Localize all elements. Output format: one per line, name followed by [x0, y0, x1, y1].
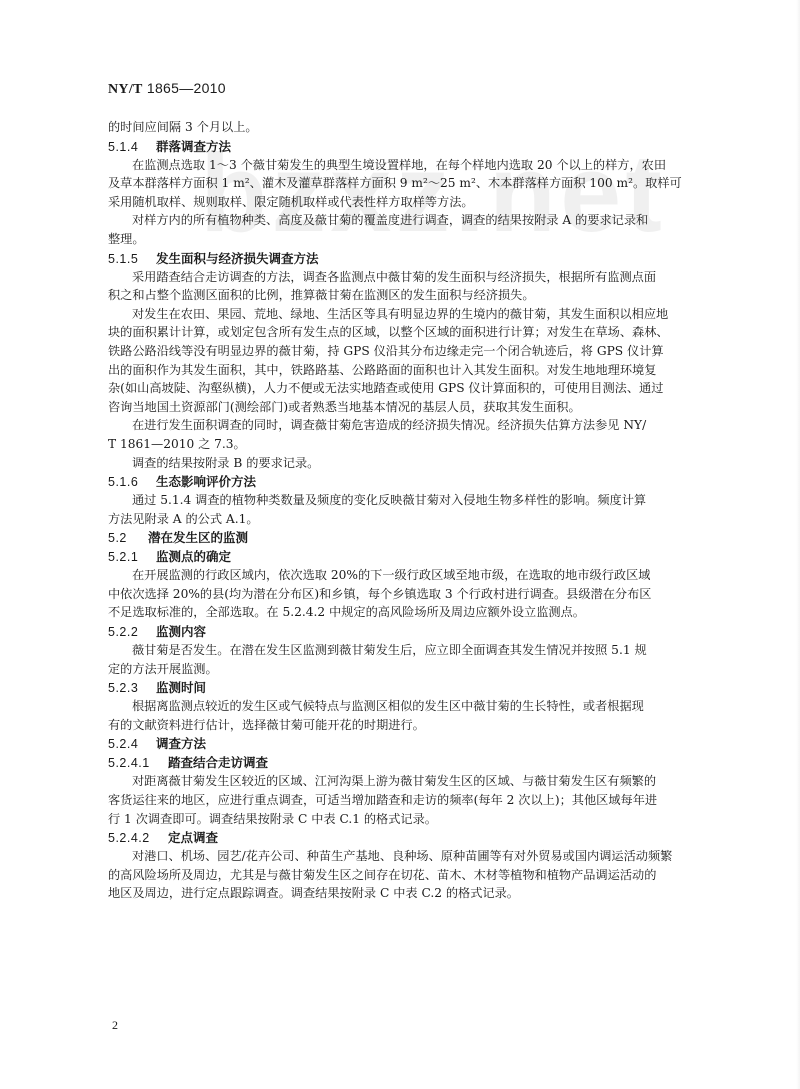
section-heading: 5.2.4.2定点调查	[108, 828, 738, 847]
section-number: 5.2.4.1	[108, 754, 168, 773]
text-line: 在监测点选取 1～3 个薇甘菊发生的典型生境设置样地，在每个样地内选取 20 个…	[108, 156, 738, 175]
text-line: 块的面积累计计算，或划定包含所有发生点的区域，以整个区域的面积进行计算；对发生在…	[108, 323, 738, 342]
section-number: 5.1.4	[108, 138, 156, 157]
paragraph: 的时间应间隔 3 个月以上。	[108, 118, 738, 137]
text-line: 采用随机取样、规则取样、限定随机取样或代表性样方取样等方法。	[108, 193, 738, 212]
text-line: 对距离薇甘菊发生区较近的区域、江河沟渠上游为薇甘菊发生区的区域、与薇甘菊发生区有…	[108, 772, 738, 791]
section-number: 5.2.2	[108, 623, 156, 642]
document-body: 的时间应间隔 3 个月以上。5.1.4群落调查方法在监测点选取 1～3 个薇甘菊…	[108, 118, 738, 903]
section-heading: 5.1.4群落调查方法	[108, 137, 738, 156]
text-line: 对港口、机场、园艺/花卉公司、种苗生产基地、良种场、原种苗圃等有对外贸易或国内调…	[108, 847, 738, 866]
text-line: 的高风险场所及周边，尤其是与薇甘菊发生区之间存在切花、苗木、木材等植物和植物产品…	[108, 866, 738, 885]
section-number: 5.2	[108, 529, 148, 548]
text-line: 对样方内的所有植物种类、高度及薇甘菊的覆盖度进行调查，调查的结果按附录 A 的要…	[108, 211, 738, 230]
section-number: 5.2.3	[108, 679, 156, 698]
paragraph: 对港口、机场、园艺/花卉公司、种苗生产基地、良种场、原种苗圃等有对外贸易或国内调…	[108, 847, 738, 903]
text-line: 通过 5.1.4 调查的植物种类数量及频度的变化反映薇甘菊对入侵地生物多样性的影…	[108, 491, 738, 510]
paragraph: 对距离薇甘菊发生区较近的区域、江河沟渠上游为薇甘菊发生区的区域、与薇甘菊发生区有…	[108, 772, 738, 828]
section-heading: 5.2潜在发生区的监测	[108, 528, 738, 547]
paragraph: 通过 5.1.4 调查的植物种类数量及频度的变化反映薇甘菊对入侵地生物多样性的影…	[108, 491, 738, 528]
section-number: 5.1.5	[108, 250, 156, 269]
text-line: 客货运往来的地区，应进行重点调查，可适当增加踏查和走访的频率(每年 2 次以上)…	[108, 791, 738, 810]
text-line: 的时间应间隔 3 个月以上。	[108, 118, 738, 137]
section-title: 群落调查方法	[156, 139, 231, 154]
section-heading: 5.2.2监测内容	[108, 622, 738, 641]
paragraph: 在进行发生面积调查的同时，调查薇甘菊危害造成的经济损失情况。经济损失估算方法参见…	[108, 416, 738, 453]
text-line: 定的方法开展监测。	[108, 660, 738, 679]
section-title: 生态影响评价方法	[156, 474, 256, 489]
section-number: 5.2.4	[108, 735, 156, 754]
section-title: 监测内容	[156, 624, 206, 639]
section-heading: 5.2.1监测点的确定	[108, 547, 738, 566]
section-number: 5.2.4.2	[108, 829, 168, 848]
section-title: 监测时间	[156, 680, 206, 695]
text-line: 方法见附录 A 的公式 A.1。	[108, 510, 738, 529]
text-line: T 1861—2010 之 7.3。	[108, 435, 738, 454]
paragraph: 调查的结果按附录 B 的要求记录。	[108, 454, 738, 473]
scan-edge-shadow	[796, 0, 800, 1089]
section-number: 5.1.6	[108, 473, 156, 492]
section-heading: 5.2.4.1踏查结合走访调查	[108, 753, 738, 772]
text-line: 铁路公路沿线等没有明显边界的薇甘菊，持 GPS 仪沿其分布边缘走完一个闭合轨迹后…	[108, 342, 738, 361]
standard-code-header: NY/T 1865—2010	[108, 80, 226, 98]
text-line: 对发生在农田、果园、荒地、绿地、生活区等具有明显边界的生境内的薇甘菊，其发生面积…	[108, 305, 738, 324]
section-title: 调查方法	[156, 736, 206, 751]
text-line: 在进行发生面积调查的同时，调查薇甘菊危害造成的经济损失情况。经济损失估算方法参见…	[108, 416, 738, 435]
document-page: bzxz.net NY/T 1865—2010 的时间应间隔 3 个月以上。5.…	[0, 0, 800, 1089]
text-line: 行 1 次调查即可。调查结果按附录 C 中表 C.1 的格式记录。	[108, 810, 738, 829]
text-line: 咨询当地国土资源部门(测绘部门)或者熟悉当地基本情况的基层人员，获取其发生面积。	[108, 398, 738, 417]
text-line: 在开展监测的行政区域内，依次选取 20%的下一级行政区域至地市级，在选取的地市级…	[108, 566, 738, 585]
text-line: 杂(如山高坡陡、沟壑纵横)，人力不便或无法实地踏查或使用 GPS 仪计算面积的，…	[108, 379, 738, 398]
paragraph: 采用踏查结合走访调查的方法，调查各监测点中薇甘菊的发生面积与经济损失，根据所有监…	[108, 268, 738, 305]
text-line: 中依次选择 20%的县(均为潜在分布区)和乡镇，每个乡镇选取 3 个行政村进行调…	[108, 585, 738, 604]
section-heading: 5.2.4调查方法	[108, 734, 738, 753]
standard-number: 1865—2010	[147, 80, 226, 96]
paragraph: 根据离监测点较近的发生区或气候特点与监测区相似的发生区中薇甘菊的生长特性，或者根…	[108, 697, 738, 734]
text-line: 采用踏查结合走访调查的方法，调查各监测点中薇甘菊的发生面积与经济损失，根据所有监…	[108, 268, 738, 287]
paragraph: 对样方内的所有植物种类、高度及薇甘菊的覆盖度进行调查，调查的结果按附录 A 的要…	[108, 211, 738, 248]
section-title: 定点调查	[168, 830, 218, 845]
page-number: 2	[112, 1018, 118, 1033]
text-line: 整理。	[108, 230, 738, 249]
section-number: 5.2.1	[108, 548, 156, 567]
text-line: 有的文献资料进行估计，选择薇甘菊可能开花的时期进行。	[108, 716, 738, 735]
section-title: 潜在发生区的监测	[148, 530, 248, 545]
text-line: 不足选取标准的，全部选取。在 5.2.4.2 中规定的高风险场所及周边应额外设立…	[108, 603, 738, 622]
section-heading: 5.1.5发生面积与经济损失调查方法	[108, 249, 738, 268]
section-title: 踏查结合走访调查	[168, 755, 268, 770]
text-line: 薇甘菊是否发生。在潜在发生区监测到薇甘菊发生后，应立即全面调查其发生情况并按照 …	[108, 641, 738, 660]
paragraph: 薇甘菊是否发生。在潜在发生区监测到薇甘菊发生后，应立即全面调查其发生情况并按照 …	[108, 641, 738, 678]
section-title: 监测点的确定	[156, 549, 231, 564]
paragraph: 对发生在农田、果园、荒地、绿地、生活区等具有明显边界的生境内的薇甘菊，其发生面积…	[108, 305, 738, 417]
section-heading: 5.2.3监测时间	[108, 678, 738, 697]
text-line: 调查的结果按附录 B 的要求记录。	[108, 454, 738, 473]
text-line: 出的面积作为其发生面积，其中，铁路路基、公路路面的面积也计入其发生面积。对发生地…	[108, 361, 738, 380]
text-line: 地区及周边，进行定点跟踪调查。调查结果按附录 C 中表 C.2 的格式记录。	[108, 884, 738, 903]
section-heading: 5.1.6生态影响评价方法	[108, 472, 738, 491]
paragraph: 在开展监测的行政区域内，依次选取 20%的下一级行政区域至地市级，在选取的地市级…	[108, 566, 738, 622]
text-line: 根据离监测点较近的发生区或气候特点与监测区相似的发生区中薇甘菊的生长特性，或者根…	[108, 697, 738, 716]
paragraph: 在监测点选取 1～3 个薇甘菊发生的典型生境设置样地，在每个样地内选取 20 个…	[108, 156, 738, 212]
text-line: 及草本群落样方面积 1 m²、灌木及灌草群落样方面积 9 m²～25 m²、木本…	[108, 174, 738, 193]
text-line: 积之和占整个监测区面积的比例，推算薇甘菊在监测区的发生面积与经济损失。	[108, 286, 738, 305]
section-title: 发生面积与经济损失调查方法	[156, 251, 319, 266]
standard-prefix: NY/T	[108, 82, 143, 97]
